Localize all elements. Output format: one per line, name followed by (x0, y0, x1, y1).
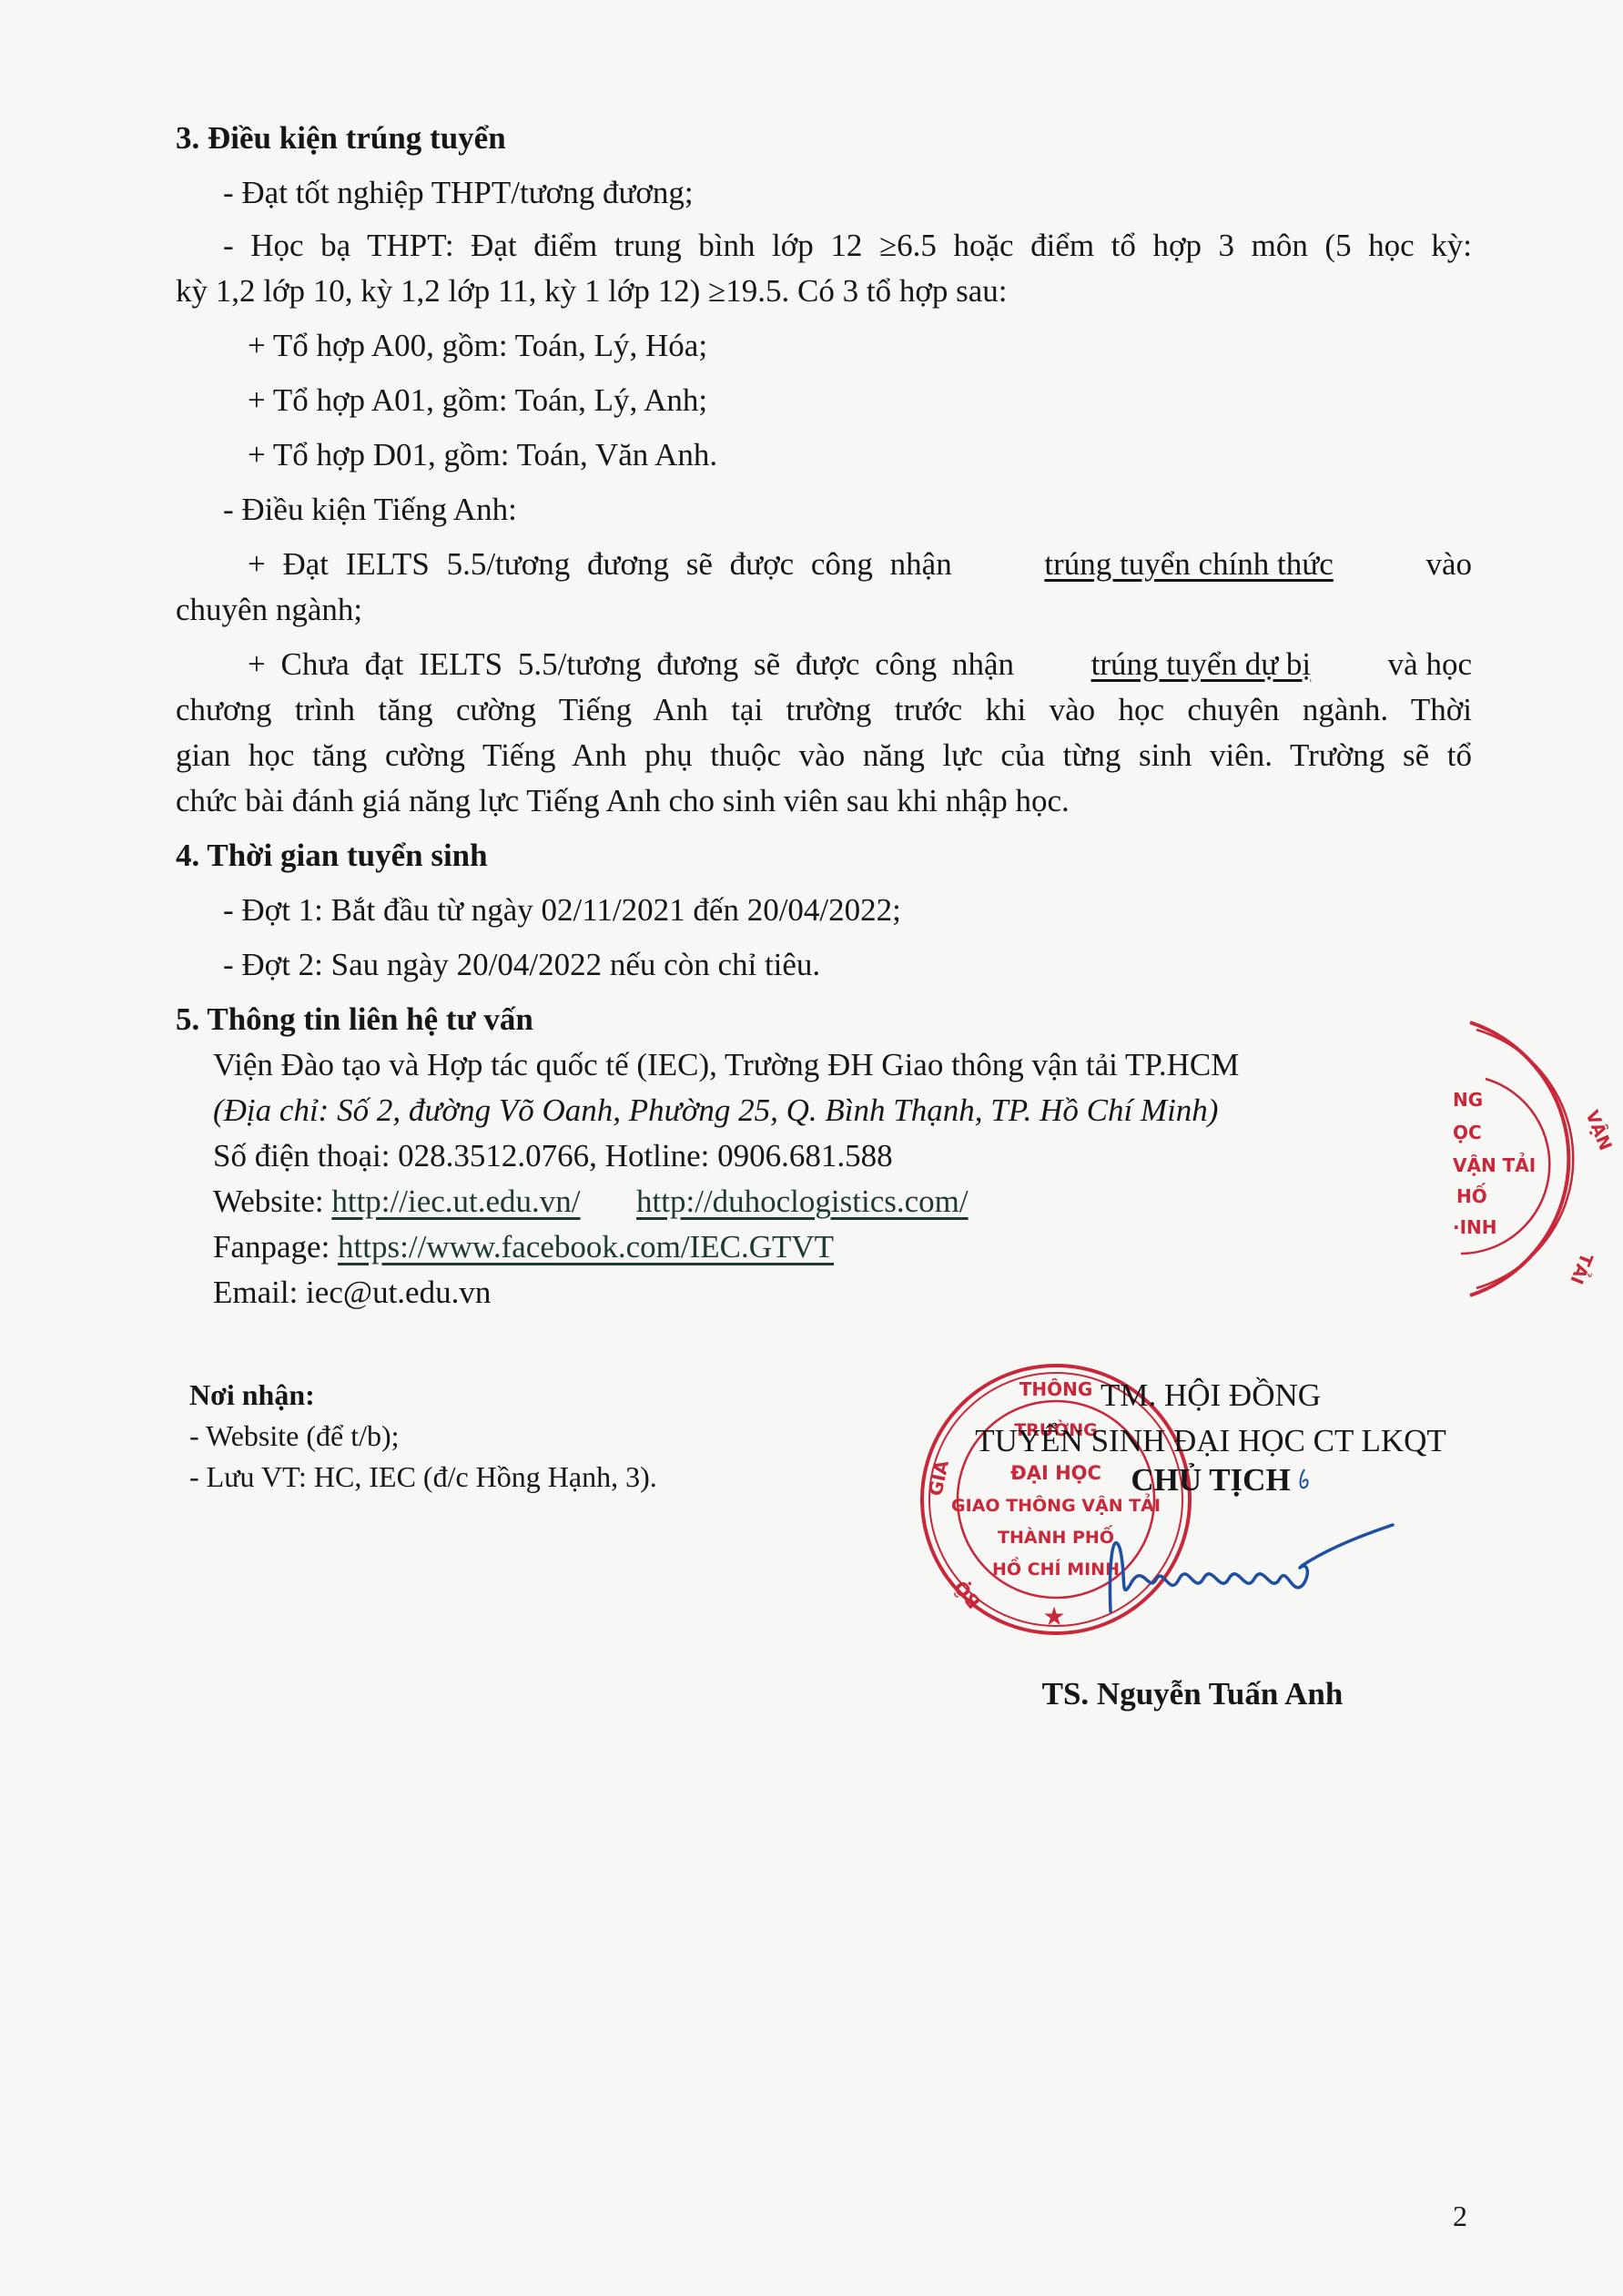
combo-d01: + Tổ hợp D01, gồm: Toán, Văn Anh. (248, 435, 717, 475)
document-page: 3. Điều kiện trúng tuyển - Đạt tốt nghiệ… (0, 0, 1623, 2296)
english-pass-line1: + Đạt IELTS 5.5/tương đương sẽ được công… (248, 544, 1472, 584)
transcript-requirement-line2: kỳ 1,2 lớp 10, kỳ 1,2 lớp 11, kỳ 1 lớp 1… (176, 271, 1007, 311)
combo-a01: + Tổ hợp A01, gồm: Toán, Lý, Anh; (248, 381, 707, 421)
signature-title: CHỦ TỊCH (928, 1459, 1493, 1501)
recipient-item: - Website (để t/b); (189, 1417, 400, 1454)
seal-star-icon: ★ (1042, 1601, 1065, 1631)
institute-address: (Địa chỉ: Số 2, đường Võ Oanh, Phường 25… (213, 1091, 1218, 1131)
recipient-item: - Lưu VT: HC, IEC (đ/c Hồng Hạnh, 3). (189, 1458, 657, 1495)
english-fail-text-end: và học (1388, 645, 1472, 685)
english-fail-line3: gian học tăng cường Tiếng Anh phụ thuộc … (176, 736, 1472, 776)
round-1: - Đợt 1: Bắt đầu từ ngày 02/11/2021 đến … (223, 890, 901, 930)
fanpage-row: Fanpage: https://www.facebook.com/IEC.GT… (213, 1227, 834, 1267)
edge-stamp-fragment: NG ỌC VẬN TẢI HỐ ·INH VẬN TẢI (1420, 1006, 1623, 1306)
section-3-heading: 3. Điều kiện trúng tuyển (176, 118, 506, 158)
stamp-edge-line-4: HỐ (1456, 1184, 1487, 1207)
signature-org-line2: TUYỂN SINH ĐẠI HỌC CT LKQT (928, 1420, 1493, 1462)
website-row: Website: http://iec.ut.edu.vn/ http://du… (213, 1182, 969, 1222)
stamp-edge-outer-1: VẬN (1581, 1107, 1617, 1153)
website-link-duhoclogistics[interactable]: http://duhoclogistics.com/ (636, 1184, 969, 1219)
official-admission-term: trúng tuyển chính thức (1044, 544, 1333, 584)
english-fail-line1: + Chưa đạt IELTS 5.5/tương đương sẽ được… (248, 645, 1472, 685)
fanpage-label: Fanpage: (213, 1229, 330, 1265)
reserve-admission-term: trúng tuyển dự bị (1091, 645, 1312, 685)
stamp-edge-line-2: ỌC (1453, 1122, 1482, 1143)
signatory-name: TS. Nguyễn Tuấn Anh (1001, 1673, 1384, 1715)
fanpage-link[interactable]: https://www.facebook.com/IEC.GTVT (338, 1229, 834, 1265)
english-pass-line2: chuyên ngành; (176, 590, 362, 630)
stamp-edge-line-1: NG (1453, 1089, 1483, 1111)
initial-mark-icon (1295, 1466, 1314, 1493)
stamp-edge-outer-2: TẢI (1566, 1250, 1598, 1288)
english-fail-line2: chương trình tăng cường Tiếng Anh tại tr… (176, 690, 1472, 730)
english-requirement-heading: - Điều kiện Tiếng Anh: (223, 490, 517, 530)
english-fail-line4: chức bài đánh giá năng lực Tiếng Anh cho… (176, 781, 1070, 821)
graduation-requirement: - Đạt tốt nghiệp THPT/tương đương; (223, 173, 694, 213)
combo-a00: + Tổ hợp A00, gồm: Toán, Lý, Hóa; (248, 326, 707, 366)
website-link-iec[interactable]: http://iec.ut.edu.vn/ (331, 1184, 580, 1219)
page-number: 2 (1453, 2199, 1467, 2233)
handwritten-signature (1092, 1511, 1402, 1620)
institute-name: Viện Đào tạo và Hợp tác quốc tế (IEC), T… (213, 1045, 1239, 1085)
english-pass-text: + Đạt IELTS 5.5/tương đương sẽ được công… (248, 544, 952, 584)
round-2: - Đợt 2: Sau ngày 20/04/2022 nếu còn chỉ… (223, 945, 820, 985)
contact-email: Email: iec@ut.edu.vn (213, 1273, 491, 1313)
transcript-requirement-line1: - Học bạ THPT: Đạt điểm trung bình lớp 1… (223, 226, 1472, 266)
stamp-edge-line-3: VẬN TẢI (1453, 1153, 1536, 1176)
contact-phone: Số điện thoại: 028.3512.0766, Hotline: 0… (213, 1136, 893, 1176)
signature-org-line1: TM. HỘI ĐỒNG (928, 1375, 1493, 1417)
section-5-heading: 5. Thông tin liên hệ tư vấn (176, 1000, 533, 1040)
section-4-heading: 4. Thời gian tuyển sinh (176, 836, 488, 876)
english-fail-text: + Chưa đạt IELTS 5.5/tương đương sẽ được… (248, 645, 1014, 685)
website-label: Website: (213, 1184, 324, 1219)
stamp-edge-line-5: ·INH (1453, 1216, 1497, 1238)
recipients-heading: Nơi nhận: (189, 1377, 315, 1413)
english-pass-text-end: vào (1425, 544, 1472, 584)
